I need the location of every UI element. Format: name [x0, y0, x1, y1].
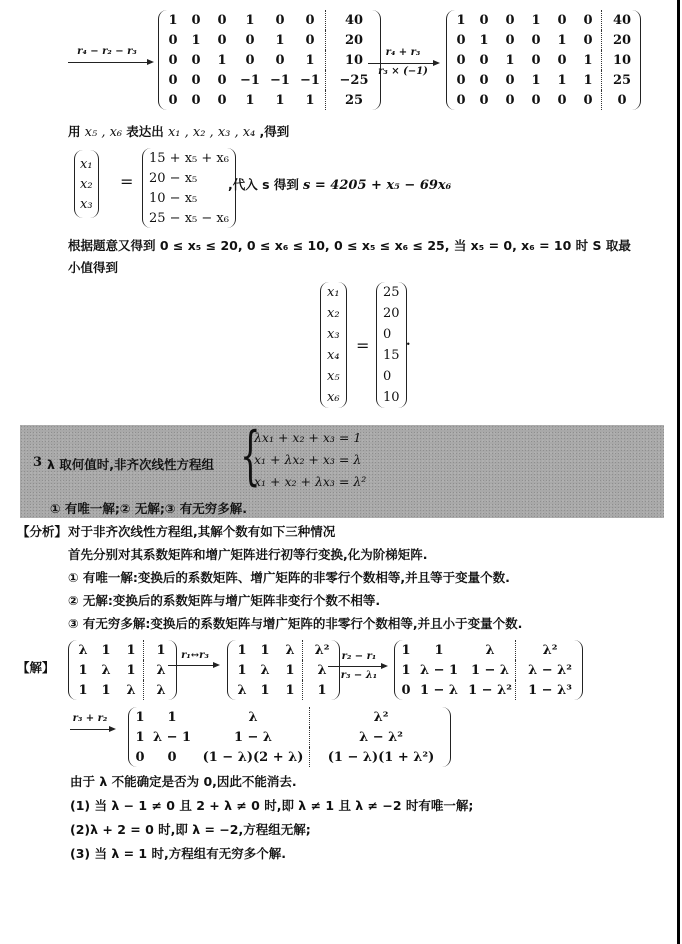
matrix-cell: 0	[471, 10, 497, 30]
matrix-row: 01 − λ1 − λ²1 − λ³	[399, 680, 578, 700]
analysis-line: ③ 有无穷多解:变换后的系数矩阵与增广矩阵的非零行个数相等,并且小于变量个数.	[68, 614, 522, 632]
matrix-cell: 0	[235, 30, 265, 50]
matrix-cell: 0	[209, 10, 235, 30]
arrow-icon	[368, 63, 438, 64]
matrix-cell: 1	[133, 727, 147, 747]
solution-line: (1) 当 λ − 1 ≠ 0 且 2 + λ ≠ 0 时,即 λ ≠ 1 且 …	[70, 796, 473, 814]
page-edge-line	[677, 0, 680, 944]
matrix-cell: 0	[497, 70, 523, 90]
matrix-cell: 1	[252, 680, 278, 700]
matrix-cell: 0	[265, 10, 295, 30]
matrix-cell: 1	[235, 10, 265, 30]
vector-entry: 20	[383, 303, 400, 324]
matrix-cell: 1	[93, 640, 119, 660]
matrix-cell: 1	[575, 50, 602, 70]
matrix-cell: λ	[144, 660, 173, 680]
problem-options: ① 有唯一解;② 无解;③ 有无穷多解.	[50, 499, 247, 517]
matrix-cell: 0	[471, 50, 497, 70]
matrix-cell: λ	[465, 640, 516, 660]
matrix-cell: 1	[471, 30, 497, 50]
vector-entry: 0	[383, 324, 400, 345]
matrix-cell: λ − λ²	[310, 727, 447, 747]
vector-entry: x₂	[80, 174, 93, 194]
matrix-cell: 0	[209, 30, 235, 50]
matrix-cell: 0	[183, 10, 209, 30]
vector-entry: 25	[383, 282, 400, 303]
matrix-cell: 1 − λ³	[516, 680, 579, 700]
vector-entry: x₃	[80, 194, 93, 214]
matrix-cell: 1	[183, 30, 209, 50]
matrix-cell: −1	[265, 70, 295, 90]
matrix-cell: 0	[163, 90, 183, 110]
vector-entry: 0	[383, 366, 400, 387]
matrix-cell: 0	[523, 90, 549, 110]
matrix-row: 11λλ²	[133, 707, 446, 727]
equals-sign: =	[356, 336, 369, 355]
op-label: r₃ + r₂	[72, 713, 108, 724]
matrix-2: 11λλ²1λ1λλ111	[227, 640, 340, 700]
matrix-cell: 1	[278, 680, 303, 700]
matrix-cell: 1 − λ	[465, 660, 516, 680]
op-label-top: r₄ + r₃	[368, 47, 438, 58]
matrix-cell: 1	[295, 50, 326, 70]
matrix-row: 1λ − 11 − λλ − λ²	[133, 727, 446, 747]
problem-question: λ 取何值时,非齐次线性方程组	[47, 455, 214, 473]
matrix-cell: 1	[232, 660, 252, 680]
matrix-cell: 0	[549, 50, 575, 70]
matrix-cell: −1	[235, 70, 265, 90]
matrix-cell: λ	[197, 707, 310, 727]
matrix-cell: λ	[144, 680, 173, 700]
arrow-icon	[328, 666, 386, 667]
matrix-cell: 0	[209, 70, 235, 90]
matrix-cell: 1	[523, 10, 549, 30]
matrix-row: 000−1−1−1−25	[163, 70, 376, 90]
final-rhs-vector: 2520015010	[376, 282, 407, 408]
matrix-b: 100100400100102000100110000111250000000	[446, 10, 641, 110]
matrix-cell: 0	[549, 90, 575, 110]
matrix-cell: 0	[163, 30, 183, 50]
matrix-cell: 0	[183, 50, 209, 70]
matrix-cell: 1 − λ	[413, 680, 465, 700]
matrix-cell: 1	[497, 50, 523, 70]
matrix-cell: 1	[549, 30, 575, 50]
matrix-cell: 1	[399, 660, 413, 680]
text: 用	[68, 124, 81, 139]
matrix-cell: 0	[451, 90, 471, 110]
arrow-icon	[70, 729, 114, 730]
matrix-cell: −1	[295, 70, 326, 90]
matrix-cell: 0	[209, 90, 235, 110]
matrix-cell: 1	[119, 660, 144, 680]
constraint-line-1: 根据题意又得到 0 ≤ x₅ ≤ 20, 0 ≤ x₆ ≤ 10, 0 ≤ x₅…	[68, 236, 631, 254]
matrix-cell: 1	[209, 50, 235, 70]
matrix-1: λ1111λ1λ11λλ	[68, 640, 177, 700]
matrix-cell: λ − 1	[147, 727, 197, 747]
vector-entry: 15	[383, 345, 400, 366]
matrix-cell: 20	[602, 30, 637, 50]
matrix-cell: 0	[451, 30, 471, 50]
matrix-cell: 1	[575, 70, 602, 90]
matrix-cell: λ	[232, 680, 252, 700]
vector-entry: 20 − x₅	[149, 168, 229, 188]
matrix-cell: 25	[602, 70, 637, 90]
vector-entry: x₁	[80, 154, 93, 174]
express-line: 用 x₅ , x₆ 表达出 x₁ , x₂ , x₃ , x₄ ,得到	[68, 122, 289, 140]
matrix-row: 10010040	[451, 10, 636, 30]
matrix-row: 0000000	[451, 90, 636, 110]
substitution-line: ,代入 s 得到 s = 4205 + x₅ − 69x₆	[228, 175, 451, 193]
text: ,代入 s 得到	[228, 177, 299, 192]
matrix-row: λ111	[232, 680, 335, 700]
matrix-cell: 1	[303, 680, 336, 700]
matrix-cell: 0	[451, 50, 471, 70]
matrix-cell: 0	[183, 70, 209, 90]
op-label-bottom: r₃ − λ₁	[330, 670, 388, 681]
matrix-cell: 0	[147, 747, 197, 767]
matrix-row: 11λλ	[73, 680, 172, 700]
arrow-icon	[168, 665, 218, 666]
matrix-row: 1λ1λ	[232, 660, 335, 680]
matrix-cell: λ	[119, 680, 144, 700]
period: .	[406, 334, 411, 349]
analysis-line: 对于非齐次线性方程组,其解个数有如下三种情况	[68, 522, 335, 540]
analysis-line: ② 无解:变换后的系数矩阵与增广矩阵非变行个数不相等.	[68, 591, 380, 609]
matrix-row: 1λ − 11 − λλ − λ²	[399, 660, 578, 680]
matrix-cell: 1	[265, 90, 295, 110]
matrix-cell: 0	[497, 90, 523, 110]
matrix-4: 11λλ²1λ − 11 − λλ − λ²00(1 − λ)(2 + λ)(1…	[128, 707, 451, 767]
matrix-cell: 0	[471, 70, 497, 90]
matrix-cell: 1	[252, 640, 278, 660]
matrix-cell: 0	[451, 70, 471, 90]
matrix-a: 100100400100102000100110000−1−1−1−250001…	[158, 10, 381, 110]
solution-label: 【解】	[17, 658, 55, 676]
matrix-row: 01001020	[451, 30, 636, 50]
matrix-cell: 0	[523, 50, 549, 70]
matrix-cell: 1	[133, 707, 147, 727]
matrix-row: 11λλ²	[232, 640, 335, 660]
equation-1: λx₁ + x₂ + x₃ = 1	[254, 430, 361, 445]
matrix-cell: 1	[73, 660, 93, 680]
rhs-vector: 15 + x₅ + x₆20 − x₅10 − x₅25 − x₅ − x₆	[142, 148, 236, 228]
matrix-cell: 0	[575, 30, 602, 50]
vector-entry: 10	[383, 387, 400, 408]
vector-entry: 25 − x₅ − x₆	[149, 208, 229, 228]
text: ,得到	[259, 124, 289, 139]
analysis-label: 【分析】	[17, 522, 67, 540]
matrix-cell: 0	[183, 90, 209, 110]
matrix-cell: 1	[147, 707, 197, 727]
matrix-cell: 0	[295, 30, 326, 50]
matrix-cell: λ²	[310, 707, 447, 727]
matrix-cell: 1	[295, 90, 326, 110]
matrix-cell: 1	[235, 90, 265, 110]
matrix-cell: 1	[73, 680, 93, 700]
matrix-cell: 0	[235, 50, 265, 70]
matrix-cell: 1	[549, 70, 575, 90]
matrix-cell: 0	[602, 90, 637, 110]
matrix-cell: 0	[133, 747, 147, 767]
final-lhs-vector: x₁x₂x₃x₄x₅x₆	[320, 282, 347, 408]
matrix-row: λ111	[73, 640, 172, 660]
formula: s = 4205 + x₅ − 69x₆	[303, 178, 451, 193]
matrix-row: 01001020	[163, 30, 376, 50]
matrix-cell: λ²	[516, 640, 579, 660]
vars: x₅ , x₆	[85, 125, 122, 140]
matrix-cell: 0	[399, 680, 413, 700]
matrix-row: 00011125	[163, 90, 376, 110]
matrix-cell: 25	[326, 90, 377, 110]
solution-line: (2)λ + 2 = 0 时,即 λ = −2,方程组无解;	[70, 820, 311, 838]
text: 表达出	[126, 124, 164, 139]
matrix-cell: 1	[399, 640, 413, 660]
constraint-line-2: 小值得到	[68, 258, 118, 276]
matrix-cell: λ	[252, 660, 278, 680]
matrix-cell: 0	[295, 10, 326, 30]
vector-entry: x₅	[327, 366, 340, 387]
matrix-cell: 1	[523, 70, 549, 90]
equation-3: x₁ + x₂ + λx₃ = λ²	[254, 474, 366, 489]
matrix-cell: λ	[73, 640, 93, 660]
matrix-row: 10010040	[163, 10, 376, 30]
equation-2: x₁ + λx₂ + x₃ = λ	[254, 452, 361, 467]
matrix-cell: 1	[265, 30, 295, 50]
matrix-row: 11λλ²	[399, 640, 578, 660]
matrix-cell: 0	[549, 10, 575, 30]
matrix-cell: 0	[497, 30, 523, 50]
matrix-cell: 0	[497, 10, 523, 30]
matrix-row: 00(1 − λ)(2 + λ)(1 − λ)(1 + λ²)	[133, 747, 446, 767]
matrix-cell: 1	[232, 640, 252, 660]
matrix-cell: 1 − λ²	[465, 680, 516, 700]
arrow-icon	[68, 62, 152, 63]
matrix-cell: 0	[575, 90, 602, 110]
vector-entry: x₂	[327, 303, 340, 324]
matrix-cell: 0	[163, 50, 183, 70]
matrix-3: 11λλ²1λ − 11 − λλ − λ²01 − λ1 − λ²1 − λ³	[394, 640, 583, 700]
vector-entry: x₃	[327, 324, 340, 345]
matrix-cell: λ	[278, 640, 303, 660]
vector-entry: x₁	[327, 282, 340, 303]
op-label-top: r₂ − r₁	[330, 651, 388, 662]
vector-entry: x₆	[327, 387, 340, 408]
vector-entry: 10 − x₅	[149, 188, 229, 208]
op-label: r₄ − r₂ − r₃	[72, 46, 142, 57]
matrix-cell: 1 − λ	[197, 727, 310, 747]
solution-line: 由于 λ 不能确定是否为 0,因此不能消去.	[70, 772, 297, 790]
matrix-row: 1λ1λ	[73, 660, 172, 680]
problem-number: 3	[33, 455, 42, 470]
matrix-cell: λ − 1	[413, 660, 465, 680]
matrix-cell: 0	[265, 50, 295, 70]
matrix-row: 00100110	[451, 50, 636, 70]
analysis-line: ① 有唯一解:变换后的系数矩阵、增广矩阵的非零行个数相等,并且等于变量个数.	[68, 568, 510, 586]
vector-entry: x₄	[327, 345, 340, 366]
matrix-cell: 1	[119, 640, 144, 660]
vars: x₁ , x₂ , x₃ , x₄	[168, 125, 255, 140]
matrix-cell: 1	[413, 640, 465, 660]
matrix-cell: 0	[471, 90, 497, 110]
matrix-cell: 0	[575, 10, 602, 30]
matrix-cell: 1	[144, 640, 173, 660]
equals-sign: =	[120, 172, 133, 191]
matrix-cell: 40	[326, 10, 377, 30]
matrix-row: 00100110	[163, 50, 376, 70]
vector-entry: 15 + x₅ + x₆	[149, 148, 229, 168]
lhs-vector: x₁x₂x₃	[74, 150, 99, 218]
op-label: r₁↔r₃	[170, 650, 220, 661]
matrix-cell: 0	[523, 30, 549, 50]
matrix-cell: 1	[278, 660, 303, 680]
matrix-cell: (1 − λ)(2 + λ)	[197, 747, 310, 767]
matrix-row: 00011125	[451, 70, 636, 90]
matrix-cell: 1	[163, 10, 183, 30]
matrix-cell: 1	[451, 10, 471, 30]
matrix-cell: 40	[602, 10, 637, 30]
matrix-cell: 10	[602, 50, 637, 70]
matrix-cell: λ	[93, 660, 119, 680]
solution-line: (3) 当 λ = 1 时,方程组有无穷多个解.	[70, 844, 286, 862]
matrix-cell: (1 − λ)(1 + λ²)	[310, 747, 447, 767]
matrix-cell: 1	[93, 680, 119, 700]
matrix-cell: 0	[163, 70, 183, 90]
analysis-line: 首先分别对其系数矩阵和增广矩阵进行初等行变换,化为阶梯矩阵.	[68, 545, 428, 563]
op-label-bottom: r₃ × (−1)	[368, 66, 438, 77]
matrix-cell: λ − λ²	[516, 660, 579, 680]
